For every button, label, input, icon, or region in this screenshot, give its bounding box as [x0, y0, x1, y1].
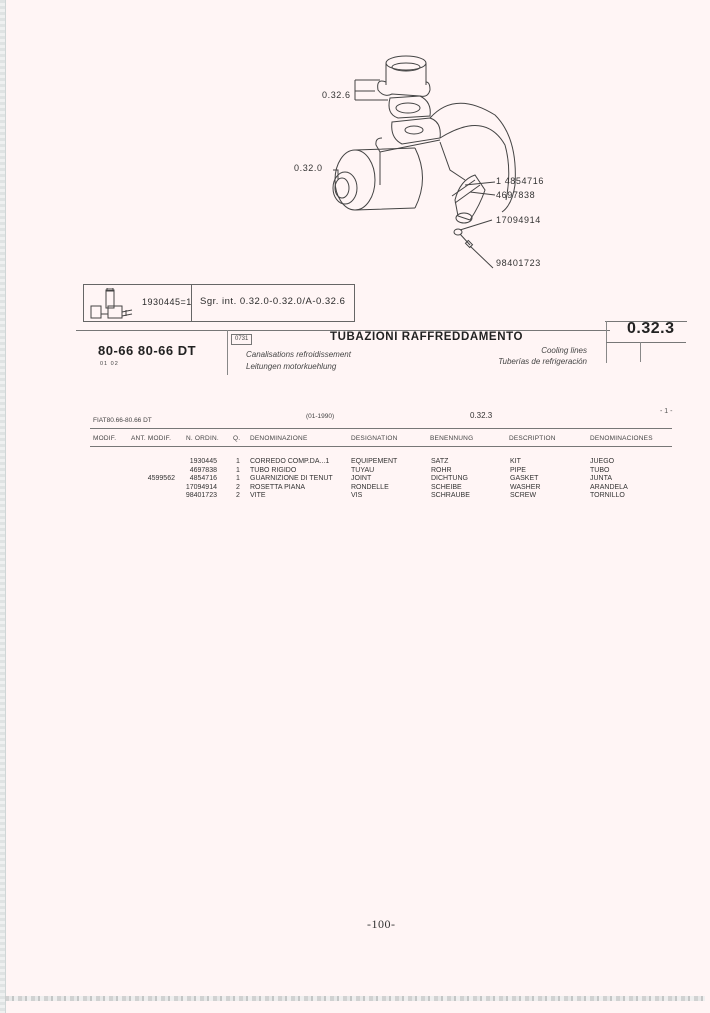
cell-q: 2: [236, 492, 240, 501]
cell-q: 1: [236, 458, 240, 467]
cell-fr: RONDELLE: [351, 484, 389, 493]
kit-box-divider: [191, 285, 192, 321]
section-title-english: Cooling lines: [541, 346, 587, 355]
cell-es: TORNILLO: [590, 492, 625, 501]
callout-0320: 0.32.0: [294, 163, 323, 173]
section-title-italian: TUBAZIONI RAFFREDDAMENTO: [330, 331, 523, 343]
cell-fr: EQUIPEMENT: [351, 458, 397, 467]
kit-reference-box: 1930445=1 Sgr. int. 0.32.0-0.32.0/A-0.32…: [83, 284, 355, 322]
column-header: DENOMINAZIONE: [250, 435, 308, 442]
code-box-underline: [606, 342, 686, 343]
cell-es: JUEGO: [590, 458, 614, 467]
section-title-german: Leitungen motorkuehlung: [246, 362, 336, 371]
scan-left-edge: [0, 0, 6, 1013]
cell-fr: JOINT: [351, 475, 371, 484]
cell-en: GASKET: [510, 475, 538, 484]
water-pump-exploded-drawing: 0.32.6 0.32.0 1 4854716 4697838 17094914…: [280, 20, 580, 280]
callout-4854716: 1 4854716: [496, 176, 544, 186]
cell-en: KIT: [510, 458, 521, 467]
cell-es: JUNTA: [590, 475, 612, 484]
column-header: BENENNUNG: [430, 435, 473, 442]
kit-description: Sgr. int. 0.32.0-0.32.0/A-0.32.6: [200, 296, 345, 307]
callout-4697838: 4697838: [496, 190, 535, 200]
cell-de: SCHRAUBE: [431, 492, 470, 501]
cell-fr: VIS: [351, 492, 362, 501]
parts-list-section-code: 0.32.3: [470, 411, 492, 420]
parts-kit-icon: [88, 288, 138, 320]
cell-de: SATZ: [431, 458, 448, 467]
cell-n-ordin: 98401723: [186, 492, 217, 501]
columns-top-rule: [90, 428, 672, 429]
cell-it: GUARNIZIONE DI TENUT: [250, 475, 333, 484]
section-title-spanish: Tuberías de refrigeración: [498, 357, 587, 366]
section-title-french: Canalisations refroidissement: [246, 350, 351, 359]
cell-es: TUBO: [590, 467, 609, 476]
cell-it: VITE: [250, 492, 266, 501]
parts-list-date: (01-1990): [306, 413, 334, 420]
header-divider-left: [227, 330, 228, 375]
cell-n-ordin: 17094914: [186, 484, 217, 493]
callout-17094914: 17094914: [496, 215, 541, 225]
column-header: DESCRIPTION: [509, 435, 556, 442]
section-code: 0.32.3: [627, 320, 674, 338]
cell-q: 1: [236, 475, 240, 484]
column-header: MODIF.: [93, 435, 116, 442]
column-header: N. ORDIN.: [186, 435, 219, 442]
cell-n-ordin: 4697838: [190, 467, 217, 476]
callout-98401723: 98401723: [496, 258, 541, 268]
cell-it: TUBO RIGIDO: [250, 467, 296, 476]
cell-fr: TUYAU: [351, 467, 374, 476]
model-subtitle: 01 02: [100, 361, 119, 367]
cell-n-ordin: 1930445: [190, 458, 217, 467]
parts-list-model: FIAT80.66-80.66 DT: [93, 417, 152, 424]
column-header: DESIGNATION: [351, 435, 398, 442]
cell-ant-modif: 4599562: [148, 475, 175, 484]
cell-n-ordin: 4854716: [190, 475, 217, 484]
cell-de: SCHEIBE: [431, 484, 462, 493]
cell-de: DICHTUNG: [431, 475, 468, 484]
cell-it: ROSETTA PIANA: [250, 484, 305, 493]
cell-q: 2: [236, 484, 240, 493]
cell-it: CORREDO COMP.DA...1: [250, 458, 329, 467]
column-header: DENOMINACIONES: [590, 435, 653, 442]
model-title: 80-66 80-66 DT: [98, 343, 196, 358]
callout-0326: 0.32.6: [322, 90, 351, 100]
cell-es: ARANDELA: [590, 484, 628, 493]
cell-en: PIPE: [510, 467, 526, 476]
kit-reference-number: 1930445=1: [142, 297, 192, 307]
cell-de: ROHR: [431, 467, 452, 476]
cell-en: SCREW: [510, 492, 536, 501]
column-header: Q.: [233, 435, 240, 442]
group-code-badge: 0731: [231, 334, 252, 345]
code-box-subdivider: [640, 342, 641, 362]
scan-bottom-edge: [5, 996, 705, 1001]
column-header: ANT. MODIF.: [131, 435, 171, 442]
page-number: -100-: [367, 917, 396, 932]
cell-en: WASHER: [510, 484, 540, 493]
cell-q: 1: [236, 467, 240, 476]
parts-list-page: - 1 -: [660, 408, 672, 415]
columns-bottom-rule: [90, 446, 672, 447]
